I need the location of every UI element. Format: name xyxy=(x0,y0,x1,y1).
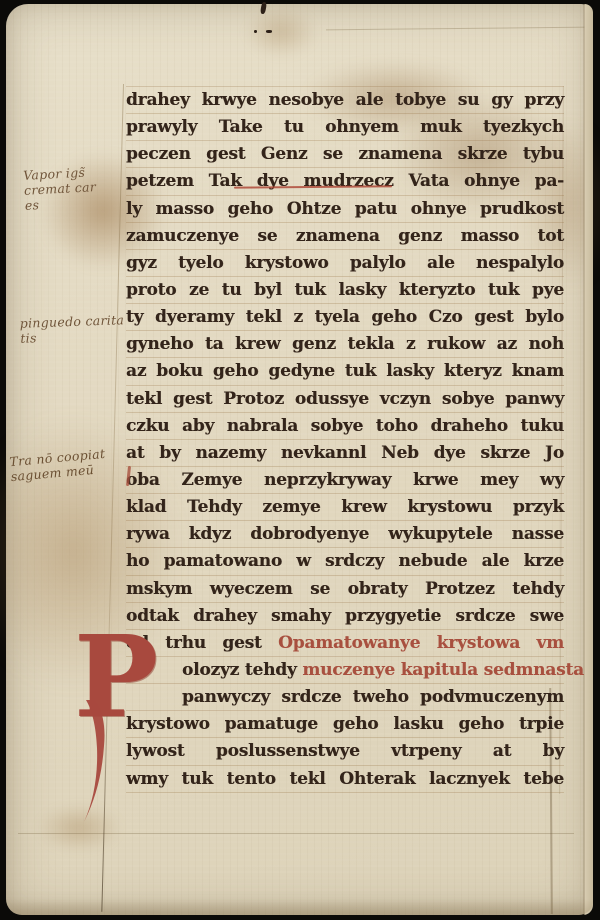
body-text: klad Tehdy zemye krew krystowu przyk xyxy=(126,497,564,517)
page-bottom-shadow xyxy=(6,899,593,915)
body-text: mskym wyeczem se obraty Protzez tehdy xyxy=(126,579,564,599)
manuscript-line: peczen gest Genz se znamena skrze tybu xyxy=(126,141,564,168)
manuscript-line: rywa kdyz dobrodyenye wykupytele nasse xyxy=(126,521,564,548)
body-text: prawyly Take tu ohnyem muk tyezkych xyxy=(126,117,564,137)
body-text: czku aby nabrala sobye toho draheho tuku xyxy=(126,416,564,436)
rubric-text: Opamatowanye krystowa vm xyxy=(278,633,564,653)
ink-speck xyxy=(254,30,257,33)
manuscript-line: lywost poslussenstwye vtrpeny at by xyxy=(126,738,564,765)
body-text: gyneho ta krew genz tekla z rukow az noh xyxy=(126,334,564,354)
body-text: ty dyeramy tekl z tyela geho Czo gest by… xyxy=(126,307,564,327)
manuscript-line: odtak drahey smahy przygyetie srdcze swe xyxy=(126,603,564,630)
manuscript-line: zamuczenye se znamena genz masso tot xyxy=(126,223,564,250)
body-text: olozyz tehdy xyxy=(182,660,302,680)
body-text: az boku geho gedyne tuk lasky kteryz kna… xyxy=(126,361,564,381)
manuscript-line: ho pamatowano w srdczy nebude ale krze xyxy=(126,548,564,575)
manuscript-line: ly masso geho Ohtze patu ohnye prudkost xyxy=(126,196,564,223)
photograph-background: drahey krwye nesobye ale tobye su gy prz… xyxy=(0,0,600,920)
body-text: oba Zemye neprzykryway krwe mey wy xyxy=(126,470,564,490)
manuscript-line: tekl gest Protoz odussye vczyn sobye pan… xyxy=(126,386,564,413)
rubric-text: muczenye kapitula sedmnasta xyxy=(302,660,584,680)
manuscript-line: ty dyeramy tekl z tyela geho Czo gest by… xyxy=(126,304,564,331)
manuscript-line: krystowo pamatuge geho lasku geho trpie xyxy=(126,711,564,738)
ink-speck xyxy=(266,30,272,33)
body-text: tekl gest Protoz odussye vczyn sobye pan… xyxy=(126,389,564,409)
manuscript-line: az boku geho gedyne tuk lasky kteryz kna… xyxy=(126,358,564,385)
body-text: gyz tyelo krystowo palylo ale nespalylo xyxy=(126,253,564,273)
manuscript-line: mskym wyeczem se obraty Protzez tehdy xyxy=(126,576,564,603)
body-text: zamuczenye se znamena genz masso tot xyxy=(126,226,564,246)
crease-line xyxy=(18,833,574,834)
marginal-note-vapor: Vapor igs̃cremat cares xyxy=(23,164,97,213)
marginal-note-pinguedo: pinguedo caritatis xyxy=(20,312,125,346)
body-text: drahey krwye nesobye ale tobye su gy prz… xyxy=(126,90,564,110)
manuscript-line: oba Zemye neprzykryway krwe mey wy xyxy=(126,467,564,494)
manuscript-line: klad Tehdy zemye krew krystowu przyk xyxy=(126,494,564,521)
body-text: wmy tuk tento tekl Ohterak lacznyek tebe xyxy=(126,769,564,789)
body-text: at by nazemy nevkannl Neb dye skrze Jo xyxy=(126,443,564,463)
body-text: panwyczy srdcze tweho podvmuczenym xyxy=(182,687,564,707)
manuscript-line: drahey krwye nesobye ale tobye su gy prz… xyxy=(126,87,564,114)
drop-cap-tail-flourish xyxy=(80,700,130,825)
body-text: proto ze tu byl tuk lasky kteryzto tuk p… xyxy=(126,280,564,300)
manuscript-line: gyz tyelo krystowo palylo ale nespalylo xyxy=(126,250,564,277)
body-text: ly masso geho Ohtze patu ohnye prudkost xyxy=(126,199,564,219)
manuscript-line: at by nazemy nevkannl Neb dye skrze Jo xyxy=(126,440,564,467)
body-text: peczen gest Genz se znamena skrze tybu xyxy=(126,144,564,164)
body-text: petzem Tak dye mudrzecz Vata ohnye pa- xyxy=(126,171,564,191)
manuscript-line: wmy tuk tento tekl Ohterak lacznyek tebe xyxy=(126,766,564,793)
body-text: ho pamatowano w srdczy nebude ale krze xyxy=(126,551,564,571)
body-text: lywost poslussenstwye vtrpeny at by xyxy=(126,741,564,761)
manuscript-line: olozyz tehdy muczenye kapitula sedmnasta xyxy=(126,657,564,684)
body-text: krystowo pamatuge geho lasku geho trpie xyxy=(126,714,564,734)
body-text: odtak drahey smahy przygyetie srdcze swe xyxy=(126,606,564,626)
body-text: rywa kdyz dobrodyenye wykupytele nasse xyxy=(126,524,564,544)
book-fore-edge xyxy=(583,4,593,915)
manuscript-line: czku aby nabrala sobye toho draheho tuku xyxy=(126,413,564,440)
manuscript-line: panwyczy srdcze tweho podvmuczenym xyxy=(126,684,564,711)
manuscript-line: petzem Tak dye mudrzecz Vata ohnye pa- xyxy=(126,168,564,195)
crease-line xyxy=(326,27,588,31)
manuscript-line: od trhu gest Opamatowanye krystowa vm xyxy=(126,630,564,657)
manuscript-line: prawyly Take tu ohnyem muk tyezkych xyxy=(126,114,564,141)
manuscript-line: proto ze tu byl tuk lasky kteryzto tuk p… xyxy=(126,277,564,304)
manuscript-line: gyneho ta krew genz tekla z rukow az noh xyxy=(126,331,564,358)
text-block: drahey krwye nesobye ale tobye su gy prz… xyxy=(126,86,564,793)
